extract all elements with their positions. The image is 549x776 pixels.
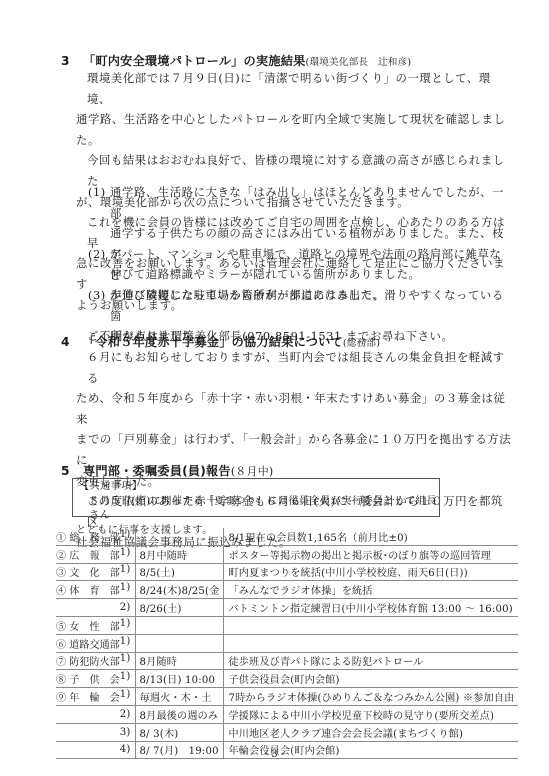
table-row: ② 広 報 部1)8月中随時ポスター等掲示物の掲出と掲示板･のぼり旗等の巡回管理 bbox=[56, 545, 518, 563]
table-row: ① 総 務 部1)8/1現在の会員数1,165名（前月比±0) bbox=[56, 528, 518, 545]
dept-cell: ⑤ 女 性 部1) bbox=[56, 616, 135, 634]
date-cell: 8/13(日) 10:00 bbox=[135, 670, 224, 688]
table-row: ④ 体 育 部1)8/24(木)8/25(金「みんなでラジオ体操」を統括 bbox=[56, 581, 518, 599]
item-index: 2) bbox=[120, 709, 131, 720]
dept-cell: ⑥ 道路交通部1) bbox=[56, 634, 135, 652]
dept-cell: ③ 文 化 部1) bbox=[56, 563, 135, 581]
date-cell: 8/5(土) bbox=[135, 563, 224, 581]
dept-name: ⑤ 女 性 部 bbox=[56, 618, 120, 633]
table-row: ⑤ 女 性 部1) bbox=[56, 616, 518, 634]
item-index: 1) bbox=[120, 582, 131, 597]
document-page: 3「町内安全環境パトロール」の実施結果(環境美化部長 辻和彦) 環境美化部では７… bbox=[0, 0, 549, 776]
item-index: 1) bbox=[120, 547, 131, 562]
dept-name: ⑦ 防犯防火部 bbox=[56, 653, 120, 668]
content-cell bbox=[224, 616, 518, 634]
content-cell: 徒歩班及び青パト隊による防犯パトロール bbox=[224, 652, 518, 670]
note-line: ８月５日(土)に開催する「夏まつり」には役員全員が実行委員として組長さん bbox=[79, 495, 439, 524]
page-number: - 3 - bbox=[0, 749, 549, 760]
content-cell: 学援隊による中川小学校児童下校時の見守り(要所交差点) bbox=[224, 705, 518, 723]
date-cell: 8/26(土) bbox=[135, 599, 224, 617]
report-table: ① 総 務 部1)8/1現在の会員数1,165名（前月比±0)② 広 報 部1)… bbox=[56, 528, 518, 759]
item-line: 歩道に隣接した駐車場から砂利が歩道にはみ出て、滑りやすくなっている箇 bbox=[88, 285, 512, 326]
content-cell: 町内夏まつりを統括(中川小学校校庭、雨天6日(日)) bbox=[224, 563, 518, 581]
paragraph-line: 通学路、生活路を中心としたパトロールを町内全域で実施して現状を確認しました。 bbox=[76, 109, 512, 150]
section-3-heading: 3「町内安全環境パトロール」の実施結果(環境美化部長 辻和彦) bbox=[61, 52, 411, 69]
dept-name: ⑥ 道路交通部 bbox=[56, 636, 120, 651]
item-index: 1) bbox=[120, 618, 131, 633]
date-cell: 8月最後の週のみ bbox=[135, 705, 224, 723]
dept-name: ⑧ 子 供 会 bbox=[56, 671, 120, 686]
date-cell: 毎週火・木・土 bbox=[135, 688, 224, 706]
section-period: (８月中) bbox=[231, 465, 274, 478]
dept-cell: 2) bbox=[56, 705, 135, 723]
section-5-heading: 5専門部・委嘱委員(員)報告(８月中) bbox=[61, 462, 273, 479]
content-cell: 7時からラジオ体操(ひめりんご＆なつみかん公園) ※参加自由 bbox=[224, 688, 518, 706]
dept-cell: 2) bbox=[56, 599, 135, 617]
content-cell bbox=[224, 634, 518, 652]
content-cell: 8/1現在の会員数1,165名（前月比±0) bbox=[224, 528, 518, 545]
item-index: 3) bbox=[120, 727, 131, 738]
table-row: ⑨ 年 輪 会1)毎週火・木・土7時からラジオ体操(ひめりんご＆なつみかん公園)… bbox=[56, 688, 518, 706]
item-line: 通学路、生活路に大きな「はみ出し」はほとんどありませんでしたが、一部 bbox=[88, 182, 512, 223]
item-index: 1) bbox=[120, 671, 131, 686]
table-row: ⑥ 道路交通部1) bbox=[56, 634, 518, 652]
dept-cell: ⑨ 年 輪 会1) bbox=[56, 688, 135, 706]
date-cell: 8月随時 bbox=[135, 652, 224, 670]
table-row: 3)8/ 3(木)中川地区老人クラブ連合会会長会議(まちづくり館) bbox=[56, 723, 518, 741]
item-index: 1) bbox=[120, 636, 131, 651]
dept-name: ③ 文 化 部 bbox=[56, 564, 120, 579]
dept-name: ② 広 報 部 bbox=[56, 547, 120, 562]
table-row: 2)8月最後の週のみ学援隊による中川小学校児童下校時の見守り(要所交差点) bbox=[56, 705, 518, 723]
date-cell bbox=[135, 528, 224, 545]
table-row: 2)8/26(土)バトミントン指定練習日(中川小学校体育館 13:00 ～ 16… bbox=[56, 599, 518, 617]
paragraph-line: ため、令和５年度から「赤十字・赤い羽根・年末たすけあい募金」の３募金は従来 bbox=[76, 388, 512, 429]
item-index: 1) bbox=[120, 653, 131, 668]
dept-cell: ② 広 報 部1) bbox=[56, 545, 135, 563]
item-line: アパート、マンションや駐車場で、道路との境界や法面の路肩部に雑草など bbox=[88, 244, 512, 285]
dept-cell: ① 総 務 部1) bbox=[56, 528, 135, 545]
content-cell: 「みんなでラジオ体操」を統括 bbox=[224, 581, 518, 599]
item-index: 1) bbox=[120, 689, 131, 704]
section-title: 専門部・委嘱委員(員)報告 bbox=[83, 464, 231, 478]
item-marker: (2) bbox=[88, 244, 106, 265]
paragraph-line: ６月にもお知らせしておりますが、当町内会では組長さんの集金負担を軽減する bbox=[76, 347, 512, 388]
date-cell: 8月中随時 bbox=[135, 545, 224, 563]
date-cell bbox=[135, 616, 224, 634]
item-marker: (3) bbox=[88, 285, 106, 306]
content-cell: 子供会役員会(町内会館) bbox=[224, 670, 518, 688]
section-number: 5 bbox=[61, 464, 83, 478]
dept-name: ① 総 務 部 bbox=[56, 529, 120, 544]
item-index: 1) bbox=[120, 529, 131, 544]
date-cell: 8/ 3(木) bbox=[135, 723, 224, 741]
dept-cell: ⑧ 子 供 会1) bbox=[56, 670, 135, 688]
dept-name: ⑨ 年 輪 会 bbox=[56, 689, 120, 704]
content-cell: ポスター等掲示物の掲出と掲示板･のぼり旗等の巡回管理 bbox=[224, 545, 518, 563]
table-row: ⑧ 子 供 会1)8/13(日) 10:00子供会役員会(町内会館) bbox=[56, 670, 518, 688]
dept-cell: ④ 体 育 部1) bbox=[56, 581, 135, 599]
section-title: 「町内安全環境パトロール」の実施結果 bbox=[83, 54, 306, 68]
section-number: 3 bbox=[61, 54, 83, 68]
section-author: (環境美化部長 辻和彦) bbox=[306, 57, 412, 68]
item-index: 1) bbox=[120, 564, 131, 579]
date-cell: 8/24(木)8/25(金 bbox=[135, 581, 224, 599]
dept-cell: 3) bbox=[56, 723, 135, 741]
dept-name: ④ 体 育 部 bbox=[56, 582, 120, 597]
table-row: ⑦ 防犯防火部1)8月随時徒歩班及び青パト隊による防犯パトロール bbox=[56, 652, 518, 670]
item-index: 2) bbox=[120, 602, 131, 613]
paragraph-line: 環境美化部では７月９日(日)に「清潔で明るい街づくり」の一環として、環境、 bbox=[76, 68, 512, 109]
dept-cell: ⑦ 防犯防火部1) bbox=[56, 652, 135, 670]
content-cell: 中川地区老人クラブ連合会会長会議(まちづくり館) bbox=[224, 723, 518, 741]
common-note-box: 【共通事項】 ８月５日(土)に開催する「夏まつり」には役員全員が実行委員として組… bbox=[72, 478, 440, 517]
item-marker: (1) bbox=[88, 182, 106, 203]
content-cell: バトミントン指定練習日(中川小学校体育館 13:00 ～ 16:00) bbox=[224, 599, 518, 617]
note-label: 【共通事項】 bbox=[79, 480, 439, 495]
table-row: ③ 文 化 部1)8/5(土)町内夏まつりを統括(中川小学校校庭、雨天6日(日)… bbox=[56, 563, 518, 581]
date-cell bbox=[135, 634, 224, 652]
